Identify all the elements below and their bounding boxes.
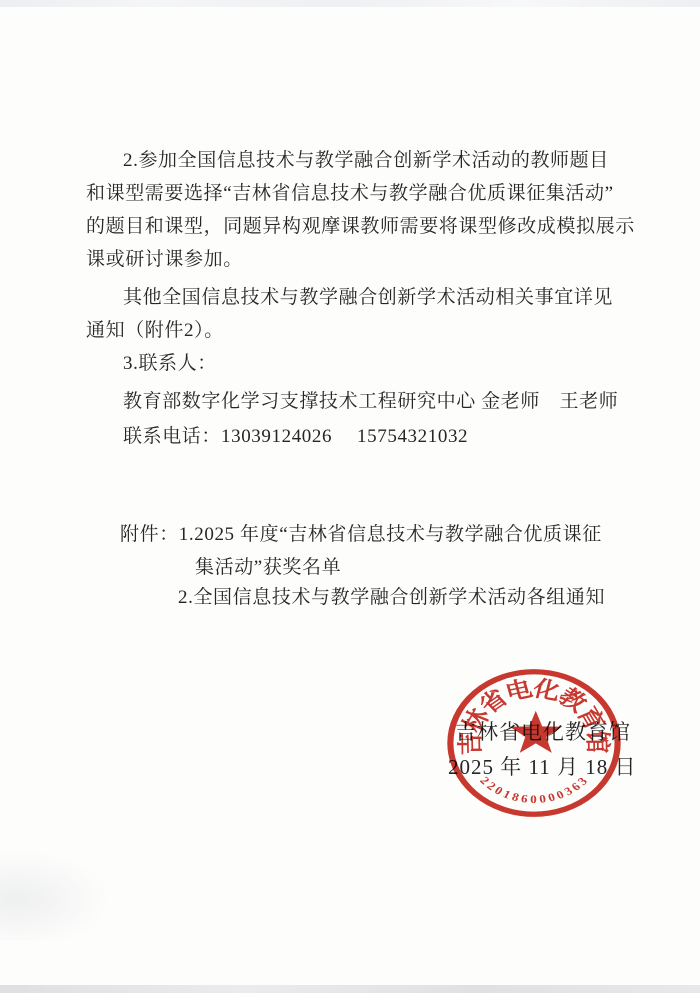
body-line: 其他全国信息技术与教学融合创新学术活动相关事宜详见	[123, 287, 613, 309]
body-line: 课或研讨课参加。	[86, 249, 243, 271]
body-line: 和课型需要选择“吉林省信息技术与教学融合优质课征集活动”	[86, 183, 614, 205]
contact-heading: 3.联系人：	[123, 353, 217, 375]
seal-serial-number: 2201860000363	[477, 774, 590, 806]
official-seal: 吉林省电化教育馆 2201860000363	[446, 668, 622, 818]
scan-artifact-blotch	[0, 850, 110, 940]
attachment-line: 2.全国信息技术与教学融合创新学术活动各组通知	[178, 587, 605, 609]
contact-phone-line: 联系电话：13039124026 15754321032	[123, 426, 468, 448]
attachment-line: 附件：1.2025 年度“吉林省信息技术与教学融合优质课征	[120, 524, 602, 546]
scan-artifact-top	[0, 0, 700, 7]
contact-org-line: 教育部数字化学习支撑技术工程研究中心 金老师 王老师	[123, 391, 618, 413]
scan-artifact-bottom	[0, 985, 700, 993]
body-line: 通知（附件2）。	[86, 320, 224, 342]
scanned-document-page: 2.参加全国信息技术与教学融合创新学术活动的教师题目 和课型需要选择“吉林省信息…	[0, 0, 700, 993]
body-line: 的题目和课型，同题异构观摩课教师需要将课型修改成模拟展示	[86, 216, 635, 238]
body-line: 2.参加全国信息技术与教学融合创新学术活动的教师题目	[123, 150, 609, 172]
attachment-line: 集活动”获奖名单	[195, 557, 341, 579]
star-icon	[510, 711, 562, 753]
